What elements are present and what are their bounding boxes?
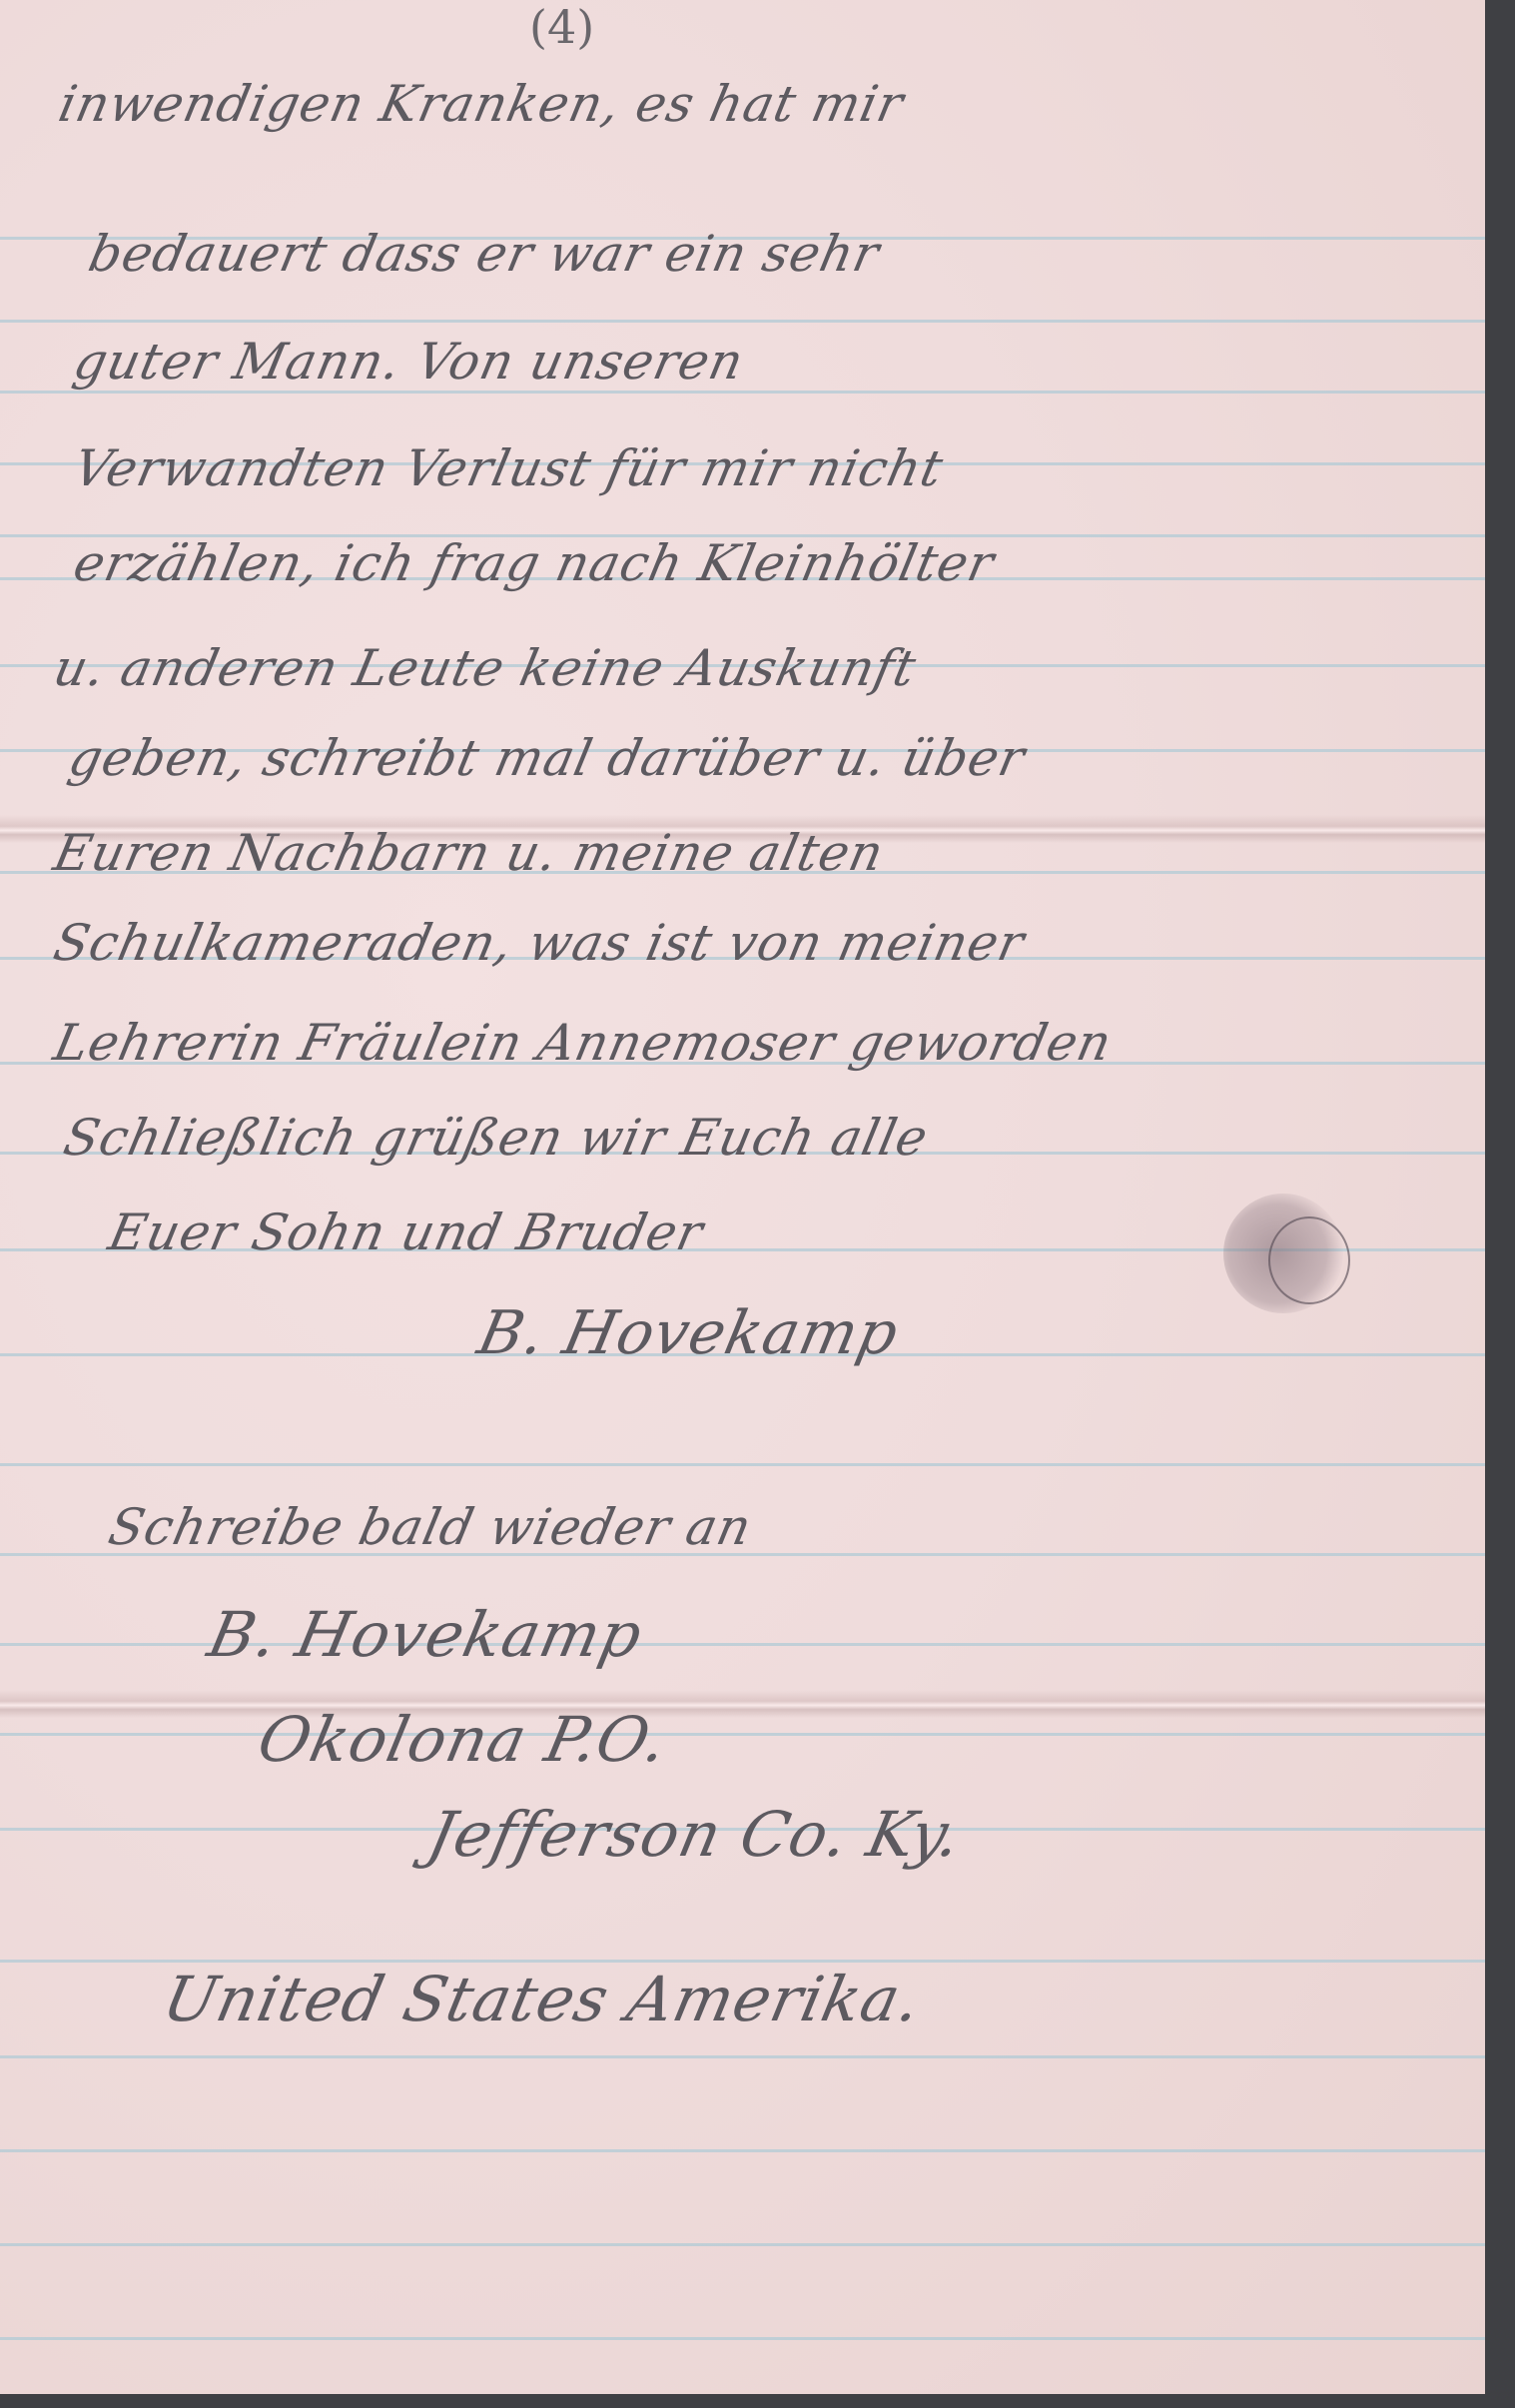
letter-line: Lehrerin Fräulein Annemoser geworden — [49, 1014, 1118, 1072]
address-line: B. Hovekamp — [202, 1598, 649, 1671]
ruled-line — [0, 2243, 1485, 2246]
ruled-line — [0, 391, 1485, 394]
letter-line: Schulkameraden, was ist von meiner — [49, 914, 1030, 972]
ruled-line — [0, 1733, 1485, 1736]
ruled-line — [0, 2055, 1485, 2058]
ruled-line — [0, 2337, 1485, 2340]
ruled-line — [0, 1463, 1485, 1466]
address-line: United States Amerika. — [157, 1963, 928, 2035]
letter-line: Verwandten Verlust für mir nicht — [69, 439, 949, 497]
letter-line: erzählen, ich frag nach Kleinhölter — [69, 534, 1000, 592]
signature: B. Hovekamp — [472, 1298, 905, 1368]
letter-page: (4) inwendigen Kranken, es hat mir bedau… — [0, 0, 1485, 2394]
letter-line: Euren Nachbarn u. meine alten — [49, 824, 890, 882]
letter-line: bedauert dass er war ein sehr — [84, 225, 885, 283]
letter-line: u. anderen Leute keine Auskunft — [49, 639, 922, 697]
ink-stain-ring — [1268, 1216, 1350, 1304]
postscript: Schreibe bald wieder an — [104, 1498, 757, 1556]
page-number: (4) — [529, 0, 594, 54]
address-line: Jefferson Co. Ky. — [421, 1798, 968, 1871]
letter-line: geben, schreibt mal darüber u. über — [64, 729, 1031, 787]
letter-line: Euer Sohn und Bruder — [104, 1204, 709, 1261]
letter-line: guter Mann. Von unseren — [69, 333, 749, 391]
fold-crease — [0, 1690, 1485, 1718]
letter-line: inwendigen Kranken, es hat mir — [54, 75, 909, 133]
ruled-line — [0, 320, 1485, 323]
letter-line: Schließlich grüßen wir Euch alle — [59, 1109, 934, 1167]
address-line: Okolona P.O. — [252, 1703, 674, 1776]
ruled-line — [0, 2149, 1485, 2152]
